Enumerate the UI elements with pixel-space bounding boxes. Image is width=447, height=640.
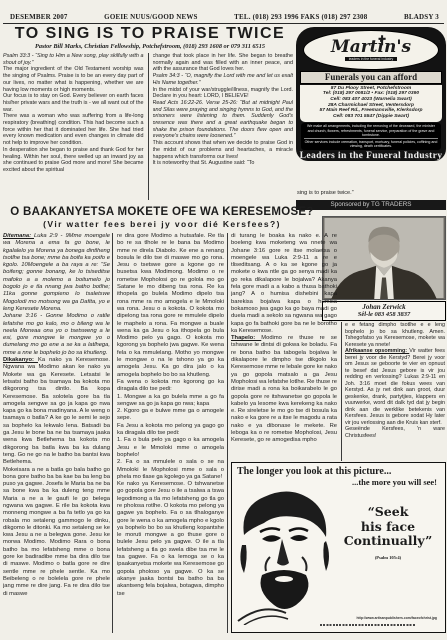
funeral-ad-addresses: 87 Du Plooy Street, PotchefstroomTel: (0… [300, 85, 442, 122]
column-divider [341, 322, 342, 461]
funeral-ad-brand: Martin's ✝ [331, 39, 411, 56]
article2-column-4: e e fetang dimpho tsotlhe e e leng bophe… [345, 322, 445, 461]
article1-title: TO SING IS TO PRAISE TWICE [0, 25, 300, 43]
header-date: DESEMBER 2007 [10, 13, 68, 21]
funeral-ad-tagline: leaders in the funeral industry [345, 57, 397, 61]
picture-box-quote: “Seekhis faceContinually” (Psalm 105:4) [335, 505, 441, 565]
article1-continuation: sing is to praise twice.” [297, 190, 354, 196]
face-of-christ-illustration [234, 487, 336, 625]
picture-box: The longer you look at this picture... .… [231, 462, 446, 633]
header-divider [3, 23, 444, 24]
header-page-number: BLADSY 3 [404, 13, 439, 21]
quote-lines: “Seekhis faceContinually” [335, 505, 441, 549]
article2-column-1: Ditemana: Luka 2:9 - 9Mme moengele wa Mo… [3, 233, 110, 633]
article2-column-2: re dira gore Modimo a hutsafale. Re tla … [117, 233, 224, 633]
article2-title: O BAAKANYETSA MOKETE OFE WA KERESEMOSE? [0, 206, 324, 218]
cross-icon: ✝ [377, 33, 388, 50]
page-header: DESEMBER 2007 GOEIE NUUS/GOOD NEWS TEL. … [10, 13, 439, 21]
article1-body: Psalm 33:3 - “Sing to Him a New song, pl… [3, 53, 293, 200]
picture-box-subheadline: ...the more you will see! [232, 477, 445, 487]
quote-reference: (Psalm 105:4) [335, 551, 441, 566]
funeral-ad-banner: Funerals you can afford [300, 71, 442, 84]
portrait-phone: Sêl-le 083 458 3837 [323, 311, 445, 319]
article2-column-3: di turang le boaka ka nako e. A re boele… [231, 233, 337, 461]
newspaper-page: DESEMBER 2007 GOEIE NUUS/GOOD NEWS TEL. … [0, 0, 447, 640]
column-divider [227, 233, 228, 633]
micro-text-line [320, 624, 415, 627]
portrait-photo-block: Johan Zerwick Sêl-le 083 458 3837 [322, 216, 446, 321]
funeral-ad-services: We make all arrangements, including the … [301, 123, 441, 150]
header-masthead: GOEIE NUUS/GOOD NEWS [104, 13, 197, 21]
picture-box-headline: The longer you look at this picture... [232, 463, 445, 477]
header-contact: TEL. (018) 293 1996 FAKS (018) 297 2308 [234, 13, 367, 21]
column-divider [112, 233, 113, 633]
article1-column-1: Psalm 33:3 - “Sing to Him a New song, pl… [3, 53, 149, 200]
article1-byline: Pastor Bill Marks, Christian Fellowship,… [0, 43, 300, 50]
portrait-photo [322, 216, 446, 300]
funeral-ad-logo: Martin's ✝ leaders in the funeral indust… [303, 30, 439, 70]
funeral-ad-brand-text: Martin's [331, 37, 411, 57]
article1-column-2: change that took place in her life. She … [153, 53, 294, 200]
picture-credit: http://www.artisanpublishers.com/faceofc… [356, 616, 437, 620]
portrait-name: Johan Zerwick [323, 303, 445, 311]
funeral-ad: Martin's ✝ leaders in the funeral indust… [296, 27, 446, 161]
article2-subtitle: (Vir watter fees berei jy voor dié Kersf… [0, 219, 324, 229]
funeral-ad-leaders-line: Leaders in the Funeral Industry [298, 151, 444, 161]
portrait-caption: Johan Zerwick Sêl-le 083 458 3837 [322, 301, 446, 321]
